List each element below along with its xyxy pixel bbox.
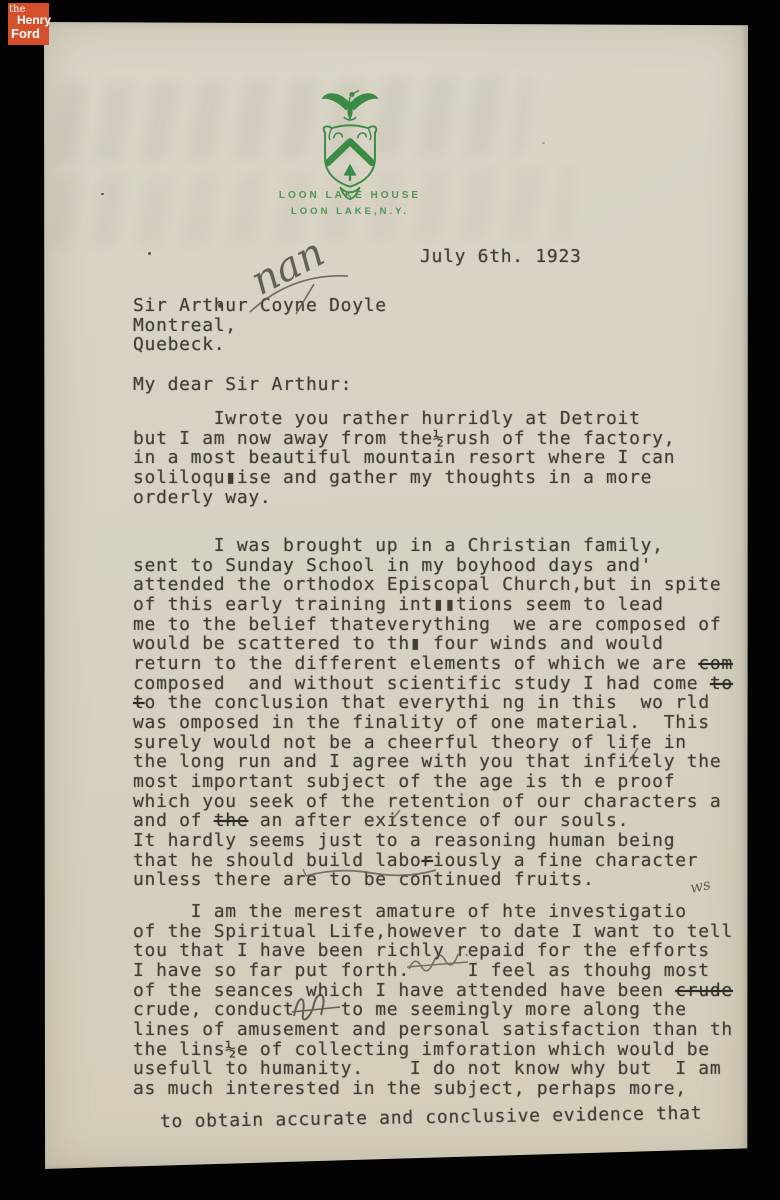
pencil-tick bbox=[627, 746, 641, 764]
date-line: July 6th. 1923 bbox=[420, 247, 582, 267]
scanned-letter-photo: { "badge": { "line1": "the", "line2": "H… bbox=[0, 0, 780, 1200]
body-paragraph-3: I am the merest amature of hte investiga… bbox=[133, 902, 733, 1099]
letter-paper: LOON LAKE HOUSE LOON LAKE,N.Y. July 6th.… bbox=[44, 22, 748, 1169]
pencil-scribble bbox=[290, 994, 344, 1024]
bleed-through-smudge bbox=[54, 76, 532, 162]
letterhead-location: LOON LAKE,N.Y. bbox=[260, 206, 440, 217]
handwritten-margin-note: ws bbox=[688, 875, 712, 897]
paper-speck bbox=[148, 252, 151, 255]
pencil-underline bbox=[302, 864, 442, 880]
henry-ford-museum-logo: the Henry Ford bbox=[8, 3, 49, 45]
body-paragraph-2: I was brought up in a Christian family,s… bbox=[133, 536, 733, 890]
pencil-scribble bbox=[406, 954, 472, 976]
logo-text-ford: Ford bbox=[11, 26, 40, 41]
letterhead-name: LOON LAKE HOUSE bbox=[260, 190, 440, 201]
paper-speck bbox=[542, 142, 545, 144]
logo-text-henry: Henry bbox=[17, 13, 51, 27]
last-typed-line: to obtain accurate and conclusive eviden… bbox=[160, 1104, 702, 1132]
salutation: My dear Sir Arthur: bbox=[133, 375, 352, 395]
pencil-swoop-stroke bbox=[244, 270, 354, 316]
body-paragraph-1: Iwrote you rather hurridly at Detroitbut… bbox=[133, 409, 675, 507]
paper-speck bbox=[101, 193, 104, 195]
pencil-tick bbox=[389, 808, 403, 824]
